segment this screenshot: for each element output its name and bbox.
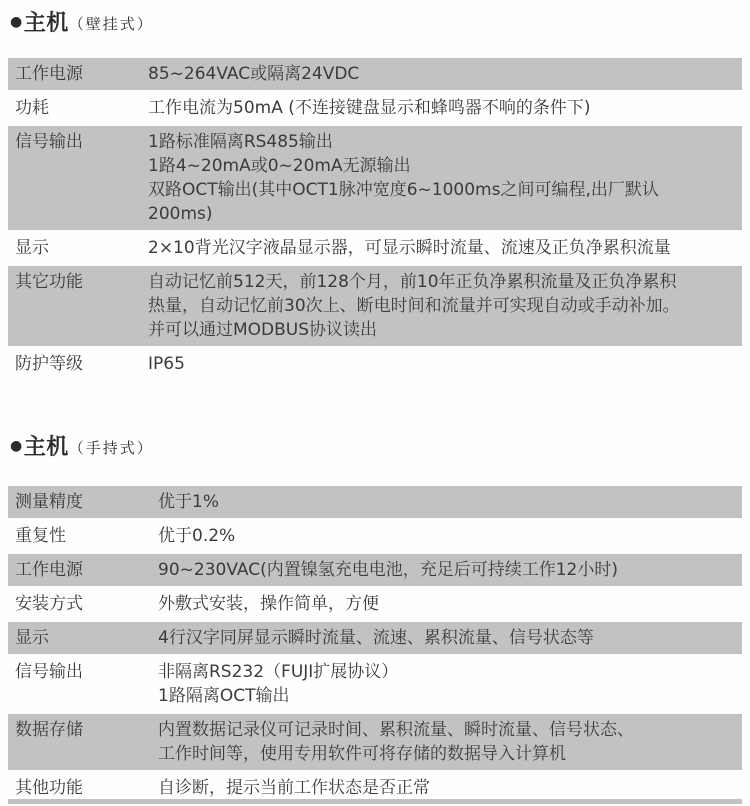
spec-label: 重复性	[8, 524, 158, 548]
table-row: 测量精度 优于1%	[8, 486, 742, 518]
section-title-wall-mounted: ● 主机 （壁挂式）	[10, 0, 750, 37]
spec-table-handheld: 测量精度 优于1% 重复性 优于0.2% 工作电源 90~230VAC(内置镍氢…	[8, 486, 742, 804]
spec-value: 自诊断，提示当前工作状态是否正常	[158, 776, 742, 800]
table-row: 防护等级 IP65	[8, 348, 742, 380]
spec-value: 内置数据记录仪可记录时间、累积流量、瞬时流量、信号状态、 工作时间等，使用专用软…	[158, 718, 742, 766]
spec-label: 其他功能	[8, 776, 158, 800]
table-row: 显示 4行汉字同屏显示瞬时流量、流速、累积流量、信号状态等	[8, 622, 742, 654]
spec-label: 信号输出	[8, 130, 148, 154]
spec-label: 测量精度	[8, 490, 158, 514]
table-row: 重复性 优于0.2%	[8, 520, 742, 552]
table-row: 功耗 工作电流为50mA (不连接键盘显示和蜂鸣器不响的条件下)	[8, 92, 742, 124]
bullet-icon: ●	[10, 15, 23, 29]
table-row: 显示 2×10背光汉字液晶显示器，可显示瞬时流量、流速及正负净累积流量	[8, 232, 742, 264]
spec-value: 自动记忆前512天，前128个月，前10年正负净累积流量及正负净累积 热量，自动…	[148, 270, 742, 342]
spec-table-wall-mounted: 工作电源 85~264VAC或隔离24VDC 功耗 工作电流为50mA (不连接…	[8, 58, 742, 380]
spec-value: 非隔离RS232（FUJI扩展协议） 1路隔离OCT输出	[158, 660, 742, 708]
spec-label: 工作电源	[8, 558, 158, 582]
section-title-text: 主机	[24, 430, 69, 461]
spec-label: 其它功能	[8, 270, 148, 294]
table-row: 安装方式 外敷式安装，操作简单，方便	[8, 588, 742, 620]
table-row: 工作电源 85~264VAC或隔离24VDC	[8, 58, 742, 90]
spec-value: 85~264VAC或隔离24VDC	[148, 62, 742, 86]
spec-value: 2×10背光汉字液晶显示器，可显示瞬时流量、流速及正负净累积流量	[148, 236, 742, 260]
spec-value: IP65	[148, 352, 742, 376]
spec-value: 优于1%	[158, 490, 742, 514]
spec-label: 安装方式	[8, 592, 158, 616]
table-row: 信号输出 1路标准隔离RS485输出 1路4~20mA或0~20mA无源输出 双…	[8, 126, 742, 230]
spec-label: 信号输出	[8, 660, 158, 684]
table-row: 数据存储 内置数据记录仪可记录时间、累积流量、瞬时流量、信号状态、 工作时间等，…	[8, 714, 742, 770]
spec-label: 显示	[8, 626, 158, 650]
spec-value: 90~230VAC(内置镍氢充电电池，充足后可持续工作12小时)	[158, 558, 742, 582]
spec-label: 数据存储	[8, 718, 158, 742]
cutoff-row-strip	[8, 799, 742, 804]
spec-label: 显示	[8, 236, 148, 260]
spec-value: 外敷式安装，操作简单，方便	[158, 592, 742, 616]
spec-value: 1路标准隔离RS485输出 1路4~20mA或0~20mA无源输出 双路OCT输…	[148, 130, 742, 226]
table-row: 信号输出 非隔离RS232（FUJI扩展协议） 1路隔离OCT输出	[8, 656, 742, 712]
spec-label: 防护等级	[8, 352, 148, 376]
spec-value: 工作电流为50mA (不连接键盘显示和蜂鸣器不响的条件下)	[148, 96, 742, 120]
spec-value: 4行汉字同屏显示瞬时流量、流速、累积流量、信号状态等	[158, 626, 742, 650]
table-row: 工作电源 90~230VAC(内置镍氢充电电池，充足后可持续工作12小时)	[8, 554, 742, 586]
section-title-text: 主机	[24, 6, 69, 37]
table-row: 其它功能 自动记忆前512天，前128个月，前10年正负净累积流量及正负净累积 …	[8, 266, 742, 346]
spec-label: 功耗	[8, 96, 148, 120]
section-title-handheld: ● 主机 （手持式）	[10, 424, 750, 461]
spec-label: 工作电源	[8, 62, 148, 86]
section-title-paren: （手持式）	[69, 434, 154, 458]
section-title-paren: （壁挂式）	[69, 10, 154, 34]
spec-value: 优于0.2%	[158, 524, 742, 548]
bullet-icon: ●	[10, 439, 23, 453]
